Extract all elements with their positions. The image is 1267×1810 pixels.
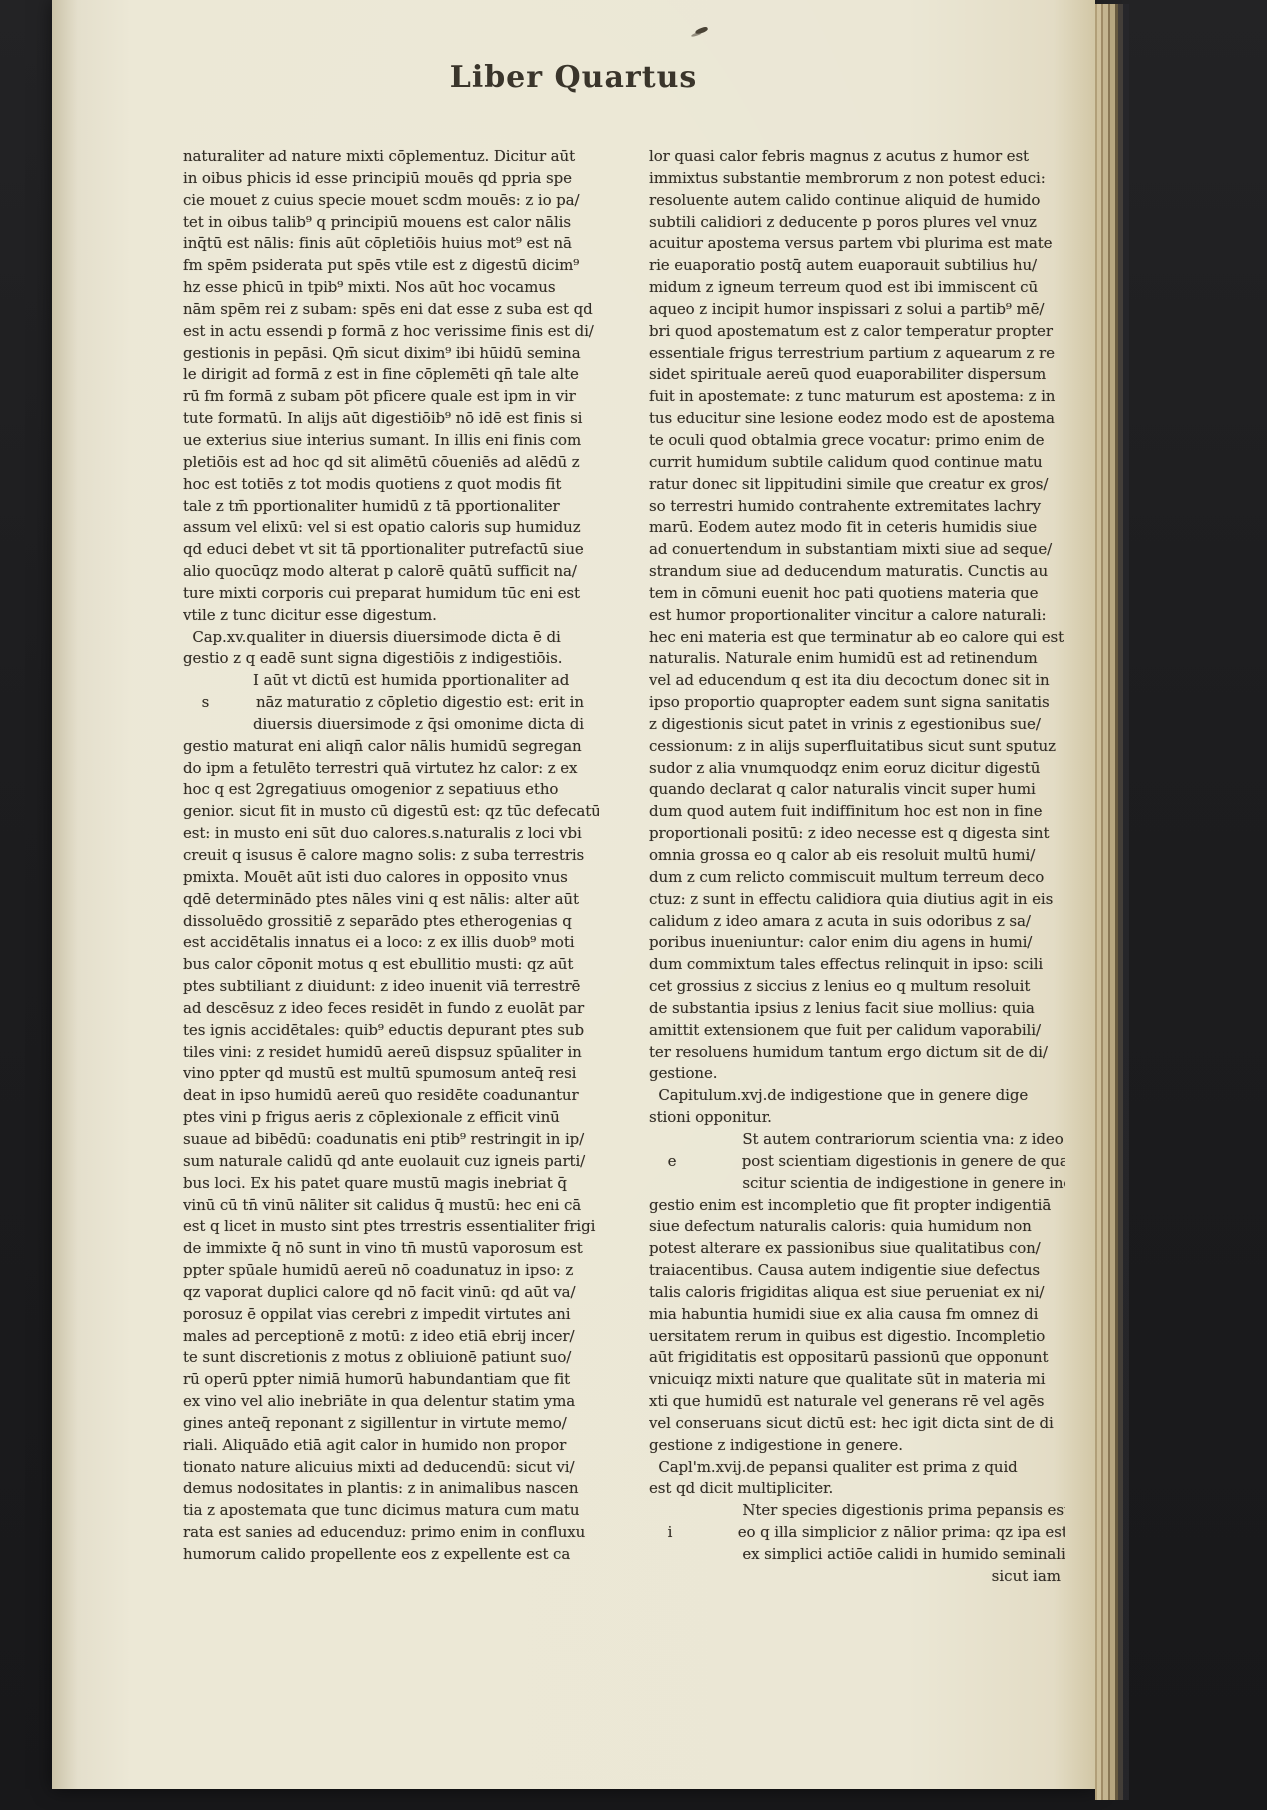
text-line: ppter spūale humidū aereū nō coadunatuz … — [183, 1260, 599, 1282]
text-line: nām spēm rei z subam: spēs eni dat esse … — [183, 299, 599, 321]
text-line: calidum z ideo amara z acuta in suis odo… — [649, 911, 1065, 933]
left-column: naturaliter ad nature mixti cōplementuz.… — [183, 146, 599, 1588]
text-line: omnia grossa eo q calor ab eis resoluit … — [649, 845, 1065, 867]
text-line: dissoluēdo grossitiē z separādo ptes eth… — [183, 911, 599, 933]
text-line: vnicuiqz mixti nature que qualitate sūt … — [649, 1369, 1065, 1391]
text-line: vtile z tunc dicitur esse digestum. — [183, 605, 599, 627]
text-line: tia z apostemata que tunc dicimus matura… — [183, 1500, 599, 1522]
text-line: Capl'm.xvij.de pepansi qualiter est prim… — [649, 1457, 1065, 1479]
text-line: uersitatem rerum in quibus est digestio.… — [649, 1326, 1065, 1348]
text-line: quando declarat q calor naturalis vincit… — [649, 779, 1065, 801]
text-line: pletiōis est ad hoc qd sit alimētū cōuen… — [183, 452, 599, 474]
text-line: Cap.xv.qualiter in diuersis diuersimode … — [183, 627, 599, 649]
text-line: vinū cū tn̄ vinū nāliter sit calidus q̄ … — [183, 1195, 599, 1217]
text-line: poribus inueniuntur: calor enim diu agen… — [649, 932, 1065, 954]
text-line: ad conuertendum in substantiam mixti siu… — [649, 539, 1065, 561]
text-line: males ad perceptionē z motū: z ideo etiā… — [183, 1326, 599, 1348]
text-line: tem in cōmuni euenit hoc pati quotiens m… — [649, 583, 1065, 605]
text-line: gines anteq̄ reponant z sigillentur in v… — [183, 1413, 599, 1435]
text-line: bri quod apostematum est z calor tempera… — [649, 321, 1065, 343]
text-line: in oibus phicis id esse principiū mouēs … — [183, 168, 599, 190]
text-line: naturalis. Naturale enim humidū est ad r… — [649, 648, 1065, 670]
text-line: Capitulum.xvj.de indigestione que in gen… — [649, 1085, 1065, 1107]
page-edge-stack — [1095, 4, 1129, 1800]
text-line: marū. Eodem autez modo fit in ceteris hu… — [649, 517, 1065, 539]
text-line: traiacentibus. Causa autem indigentie si… — [649, 1260, 1065, 1282]
scan-background: Liber Quartus naturaliter ad nature mixt… — [0, 0, 1267, 1810]
text-line: scitur scientia de indigestione in gener… — [649, 1173, 1065, 1195]
text-line: lor quasi calor febris magnus z acutus z… — [649, 146, 1065, 168]
text-line: est humor proportionaliter vincitur a ca… — [649, 605, 1065, 627]
catchword: sicut iam — [649, 1566, 1065, 1588]
text-line: tus educitur sine lesione eodez modo est… — [649, 408, 1065, 430]
text-line: rū operū ppter nimiā humorū habundantiam… — [183, 1369, 599, 1391]
text-line: ipso proportio quapropter eadem sunt sig… — [649, 692, 1065, 714]
text-line: est: in musto eni sūt duo calores.s.natu… — [183, 823, 599, 845]
text-line: ture mixti corporis cui preparat humidum… — [183, 583, 599, 605]
text-line: est in actu essendi p formā z hoc veriss… — [183, 321, 599, 343]
text-line: tet in oibus talib⁹ q principiū mouens e… — [183, 212, 599, 234]
text-line: proportionali positū: z ideo necesse est… — [649, 823, 1065, 845]
text-line: assum vel elixū: vel si est opatio calor… — [183, 517, 599, 539]
text-line: ue exterius siue interius sumant. In ill… — [183, 430, 599, 452]
text-line: genior. sicut fit in musto cū digestū es… — [183, 801, 599, 823]
text-line: dum quod autem fuit indiffinitum hoc est… — [649, 801, 1065, 823]
text-line: strandum siue ad deducendum maturatis. C… — [649, 561, 1065, 583]
ink-mark — [695, 26, 709, 35]
text-line: deat in ipso humidū aereū quo residēte c… — [183, 1085, 599, 1107]
text-line: tiles vini: z residet humidū aereū disps… — [183, 1042, 599, 1064]
text-line: fuit in apostemate: z tunc maturum est a… — [649, 386, 1065, 408]
text-line: hoc est totiēs z tot modis quotiens z qu… — [183, 474, 599, 496]
text-line: est q licet in musto sint ptes trrestris… — [183, 1216, 599, 1238]
text-line: gestione z indigestione in genere. — [649, 1435, 1065, 1457]
text-line: dum z cum relicto commiscuit multum terr… — [649, 867, 1065, 889]
text-line: sudor z alia vnumquodqz enim eoruz dicit… — [649, 758, 1065, 780]
text-line: vino ppter qd mustū est multū spumosum a… — [183, 1063, 599, 1085]
text-line: inq̄tū est nālis: finis aūt cōpletiōis h… — [183, 233, 599, 255]
text-line: ratur donec sit lippitudini simile que c… — [649, 474, 1065, 496]
text-line: riali. Aliquādo etiā agit calor in humid… — [183, 1435, 599, 1457]
text-line: potest alterare ex passionibus siue qual… — [649, 1238, 1065, 1260]
page-header: Liber Quartus — [52, 60, 1095, 95]
text-line: ptes vini p frigus aeris z cōplexionale … — [183, 1107, 599, 1129]
text-line: creuit q isusus ē calore magno solis: z … — [183, 845, 599, 867]
text-line: qz vaporat duplici calore qd nō facit vi… — [183, 1282, 599, 1304]
text-line: so terrestri humido contrahente extremit… — [649, 496, 1065, 518]
text-line: qdē determinādo ptes nāles vini q est nā… — [183, 889, 599, 911]
text-line: est qd dicit multipliciter. — [649, 1478, 1065, 1500]
text-line: St autem contrariorum scientia vna: z id… — [649, 1129, 1065, 1151]
text-line: suaue ad bibēdū: coadunatis eni ptib⁹ re… — [183, 1129, 599, 1151]
text-line: hec eni materia est que terminatur ab eo… — [649, 627, 1065, 649]
text-line: ter resoluens humidum tantum ergo dictum… — [649, 1042, 1065, 1064]
right-column: lor quasi calor febris magnus z acutus z… — [649, 146, 1065, 1588]
text-line: sum naturale calidū qd ante euolauit cuz… — [183, 1151, 599, 1173]
text-line: cie mouet z cuius specie mouet scdm mouē… — [183, 190, 599, 212]
text-line: fm spēm psiderata put spēs vtile est z d… — [183, 255, 599, 277]
text-line: naturaliter ad nature mixti cōplementuz.… — [183, 146, 599, 168]
text-line: te sunt discretionis z motus z obliuionē… — [183, 1347, 599, 1369]
text-line: porosuz ē oppilat vias cerebri z impedit… — [183, 1304, 599, 1326]
text-line: vel ad educendum q est ita diu decoctum … — [649, 670, 1065, 692]
text-line: est accidētalis innatus ei a loco: z ex … — [183, 932, 599, 954]
text-line: alio quocūqz modo alterat p calorē quātū… — [183, 561, 599, 583]
text-line: ctuz: z sunt in effectu calidiora quia d… — [649, 889, 1065, 911]
text-line: aqueo z incipit humor inspissari z solui… — [649, 299, 1065, 321]
text-line: gestio z q eadē sunt signa digestiōis z … — [183, 648, 599, 670]
text-line: hoc q est 2gregatiuus omogenior z sepati… — [183, 779, 599, 801]
text-line: ad descēsuz z ideo feces residēt in fund… — [183, 998, 599, 1020]
text-line: sidet spirituale aereū quod euaporabilit… — [649, 364, 1065, 386]
text-line: acuitur apostema versus partem vbi pluri… — [649, 233, 1065, 255]
text-line: tute formatū. In alijs aūt digestiōib⁹ n… — [183, 408, 599, 430]
text-line: bus loci. Ex his patet quare mustū magis… — [183, 1173, 599, 1195]
text-line: gestione. — [649, 1063, 1065, 1085]
text-line: gestionis in pepāsi. Qm̄ sicut dixim⁹ ib… — [183, 343, 599, 365]
text-line: xti que humidū est naturale vel generans… — [649, 1391, 1065, 1413]
book-page: Liber Quartus naturaliter ad nature mixt… — [52, 0, 1095, 1789]
text-line: tes ignis accidētales: quib⁹ eductis dep… — [183, 1020, 599, 1042]
text-line: i eo q illa simplicior z nālior prima: q… — [649, 1522, 1065, 1544]
text-line: Nter species digestionis prima pepansis … — [649, 1500, 1065, 1522]
text-line: gestio enim est incompletio que fit prop… — [649, 1195, 1065, 1217]
text-line: essentiale frigus terrestrium partium z … — [649, 343, 1065, 365]
text-line: le dirigit ad formā z est in fine cōplem… — [183, 364, 599, 386]
text-line: I aūt vt dictū est humida pportionaliter… — [183, 670, 599, 692]
text-line: hz esse phicū in tpib⁹ mixti. Nos aūt ho… — [183, 277, 599, 299]
text-line: cessionum: z in alijs superfluitatibus s… — [649, 736, 1065, 758]
text-line: aūt frigiditatis est oppositarū passionū… — [649, 1347, 1065, 1369]
text-line: dum commixtum tales effectus relinquit i… — [649, 954, 1065, 976]
text-line: diuersis diuersimode z q̄si omonime dict… — [183, 714, 599, 736]
text-line: mia habuntia humidi siue ex alia causa f… — [649, 1304, 1065, 1326]
text-line: cet grossius z siccius z lenius eo q mul… — [649, 976, 1065, 998]
text-line: do ipm a fetulēto terrestri quā virtutez… — [183, 758, 599, 780]
text-line: amittit extensionem que fuit per calidum… — [649, 1020, 1065, 1042]
text-line: resoluente autem calido continue aliquid… — [649, 190, 1065, 212]
text-line: z digestionis sicut patet in vrinis z eg… — [649, 714, 1065, 736]
text-line: talis caloris frigiditas aliqua est siue… — [649, 1282, 1065, 1304]
right-column-lines: lor quasi calor febris magnus z acutus z… — [649, 146, 1065, 1566]
text-line: stioni opponitur. — [649, 1107, 1065, 1129]
text-line: qd educi debet vt sit tā pportionaliter … — [183, 539, 599, 561]
text-line: de immixte q̄ nō sunt in vino tn̄ mustū … — [183, 1238, 599, 1260]
text-line: e post scientiam digestionis in genere d… — [649, 1151, 1065, 1173]
text-line: rata est sanies ad educenduz: primo enim… — [183, 1522, 599, 1544]
text-line: tale z tm̄ pportionaliter humidū z tā pp… — [183, 496, 599, 518]
text-line: subtili calidiori z deducente p poros pl… — [649, 212, 1065, 234]
text-line: vel conseruans sicut dictū est: hec igit… — [649, 1413, 1065, 1435]
text-line: s nāz maturatio z cōpletio digestio est:… — [183, 692, 599, 714]
text-line: midum z igneum terreum quod est ibi immi… — [649, 277, 1065, 299]
text-line: demus nodositates in plantis: z in anima… — [183, 1478, 599, 1500]
text-line: humorum calido propellente eos z expelle… — [183, 1544, 599, 1566]
text-line: te oculi quod obtalmia grece vocatur: pr… — [649, 430, 1065, 452]
text-line: rū fm formā z subam pōt pficere quale es… — [183, 386, 599, 408]
text-block: naturaliter ad nature mixti cōplementuz.… — [183, 146, 1065, 1588]
text-line: tionato nature alicuius mixti ad deducen… — [183, 1457, 599, 1479]
text-line: de substantia ipsius z lenius facit siue… — [649, 998, 1065, 1020]
text-line: bus calor cōponit motus q est ebullitio … — [183, 954, 599, 976]
text-line: siue defectum naturalis caloris: quia hu… — [649, 1216, 1065, 1238]
text-line: pmixta. Mouēt aūt isti duo calores in op… — [183, 867, 599, 889]
text-line: rie euaporatio postq̄ autem euaporauit s… — [649, 255, 1065, 277]
text-line: ptes subtiliant z diuidunt: z ideo inuen… — [183, 976, 599, 998]
text-line: ex vino vel alio inebriāte in qua delent… — [183, 1391, 599, 1413]
text-line: gestio maturat eni aliqn̄ calor nālis hu… — [183, 736, 599, 758]
text-line: currit humidum subtile calidum quod cont… — [649, 452, 1065, 474]
text-line: immixtus substantie membrorum z non pote… — [649, 168, 1065, 190]
text-line: ex simplici actiōe calidi in humido semi… — [649, 1544, 1065, 1566]
